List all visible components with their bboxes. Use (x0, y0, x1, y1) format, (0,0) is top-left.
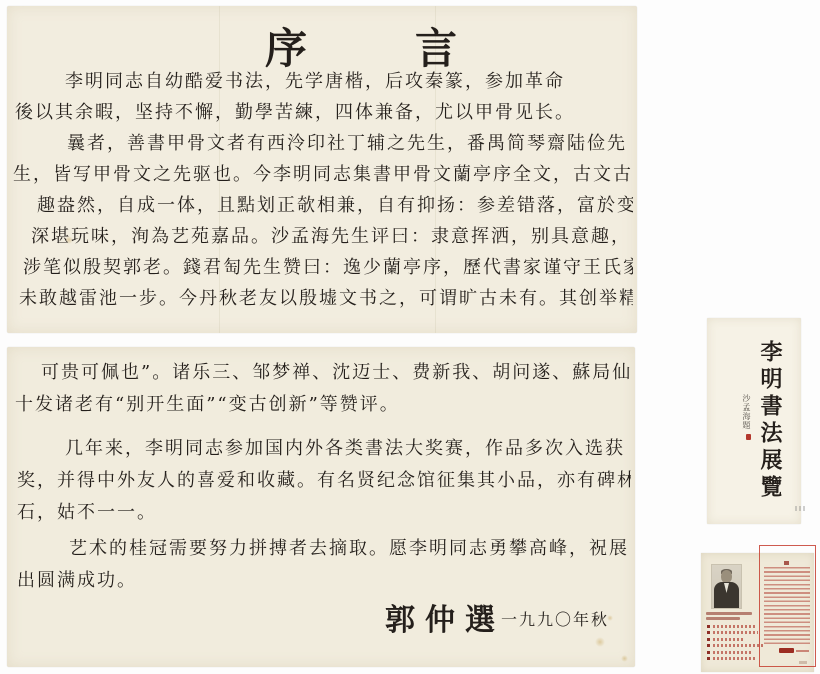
bullet-text-strip (713, 638, 743, 641)
red-column-date (796, 650, 809, 652)
calligraphy-line: 生，皆写甲骨文之先驱也。今李明同志集書甲骨文蘭亭序全文，古文古意、生 (13, 159, 633, 190)
calligraphy-line: 趣盎然，自成一体，且點划正欹相兼，自有抑扬：参差错落，富於变化， (13, 190, 633, 221)
bullet-text-strip (713, 651, 752, 654)
calligraphy-line: 深堪玩味，洵為艺苑嘉品。沙孟海先生评曰：隶意挥洒，别具意趣， (13, 221, 633, 252)
calligraphy-line: 十发诸老有“别开生面”“变古创新”等赞评。 (13, 389, 631, 421)
paper-stain (621, 655, 628, 662)
page-footnote-mark (799, 661, 807, 664)
column-header-glyph (784, 561, 789, 565)
red-column-text-block (764, 567, 810, 645)
red-column-signature (779, 648, 794, 653)
calligraphy-line: 後以其余暇，坚持不懈，勤學苦練，四体兼备，尤以甲骨见长。 (13, 97, 633, 128)
calligraphy-line: 石，姑不一一。 (13, 497, 631, 529)
calligraphy-line: 可贵可佩也”。诸乐三、邹梦禅、沈迈士、费新我、胡问遂、蘇局仙、程 (13, 357, 631, 389)
caption-line (706, 612, 752, 615)
author-signature: 郭仲選 (385, 595, 505, 639)
bullet-square-icon (707, 651, 710, 654)
signature-row: 郭仲選 一九九〇年秋 (7, 591, 635, 647)
bullet-square-icon (707, 638, 710, 641)
bullet-square-icon (707, 631, 710, 634)
calligraphy-line: 涉笔似殷契郭老。錢君匋先生赞曰：逸少蘭亭序，歷代書家谨守王氏家法， (13, 252, 633, 283)
bullet-square-icon (707, 657, 710, 660)
calligraphy-line: 艺术的桂冠需要努力拼搏者去摘取。愿李明同志勇攀高峰，祝展 (13, 533, 631, 565)
calligraphy-line: 未敢越雷池一步。今丹秋老友以殷墟文书之，可谓旷古未有。其创举精神实 (13, 283, 633, 314)
calligraphy-line: 曩者，善書甲骨文者有西泠印社丁辅之先生，番禺简琴齋陆俭先 (13, 128, 633, 159)
bullet-text-strip (713, 631, 758, 634)
calligraphy-line: 李明同志自幼酷爱书法，先学唐楷，后攻秦篆，参加革命 (13, 66, 633, 97)
preface-text-bottom: 可贵可佩也”。诸乐三、邹梦禅、沈迈士、费新我、胡问遂、蘇局仙、程十发诸老有“别开… (13, 357, 631, 597)
signature-date: 一九九〇年秋 (501, 607, 609, 630)
preface-text-top: 李明同志自幼酷爱书法，先学唐楷，后攻秦篆，参加革命後以其余暇，坚持不懈，勤學苦練… (13, 66, 633, 314)
calligraphy-line: 奖，并得中外友人的喜爱和收藏。有名贤纪念馆征集其小品，亦有碑林刻 (13, 465, 631, 497)
preface-sheet-top: 序言 李明同志自幼酷爱书法，先学唐楷，后攻秦篆，参加革命後以其余暇，坚持不懈，勤… (7, 6, 637, 333)
bullet-text-strip (713, 625, 755, 628)
booklet-page (701, 553, 814, 672)
bullet-text-strip (713, 657, 757, 660)
bullet-text-strip (713, 644, 763, 647)
scanned-photo: 序言 李明同志自幼酷爱书法，先学唐楷，后攻秦篆，参加革命後以其余暇，坚持不懈，勤… (0, 0, 820, 674)
preface-title: 序言 (7, 16, 637, 68)
bullet-square-icon (707, 625, 710, 628)
caption-line (706, 617, 740, 620)
portrait-photo (711, 564, 742, 609)
pencil-mark (795, 506, 807, 511)
preface-sheet-bottom: 可贵可佩也”。诸乐三、邹梦禅、沈迈士、费新我、胡问遂、蘇局仙、程十发诸老有“别开… (7, 347, 635, 667)
scroll-title-text: 李明書法展覽 (755, 340, 786, 512)
bullet-square-icon (707, 644, 710, 647)
red-seal (746, 434, 751, 440)
calligraphy-line: 几年来，李明同志参加国内外各类書法大奖赛，作品多次入选获 (13, 433, 631, 465)
exhibition-title-scroll: 李明書法展覽 沙孟海題 (707, 318, 801, 524)
